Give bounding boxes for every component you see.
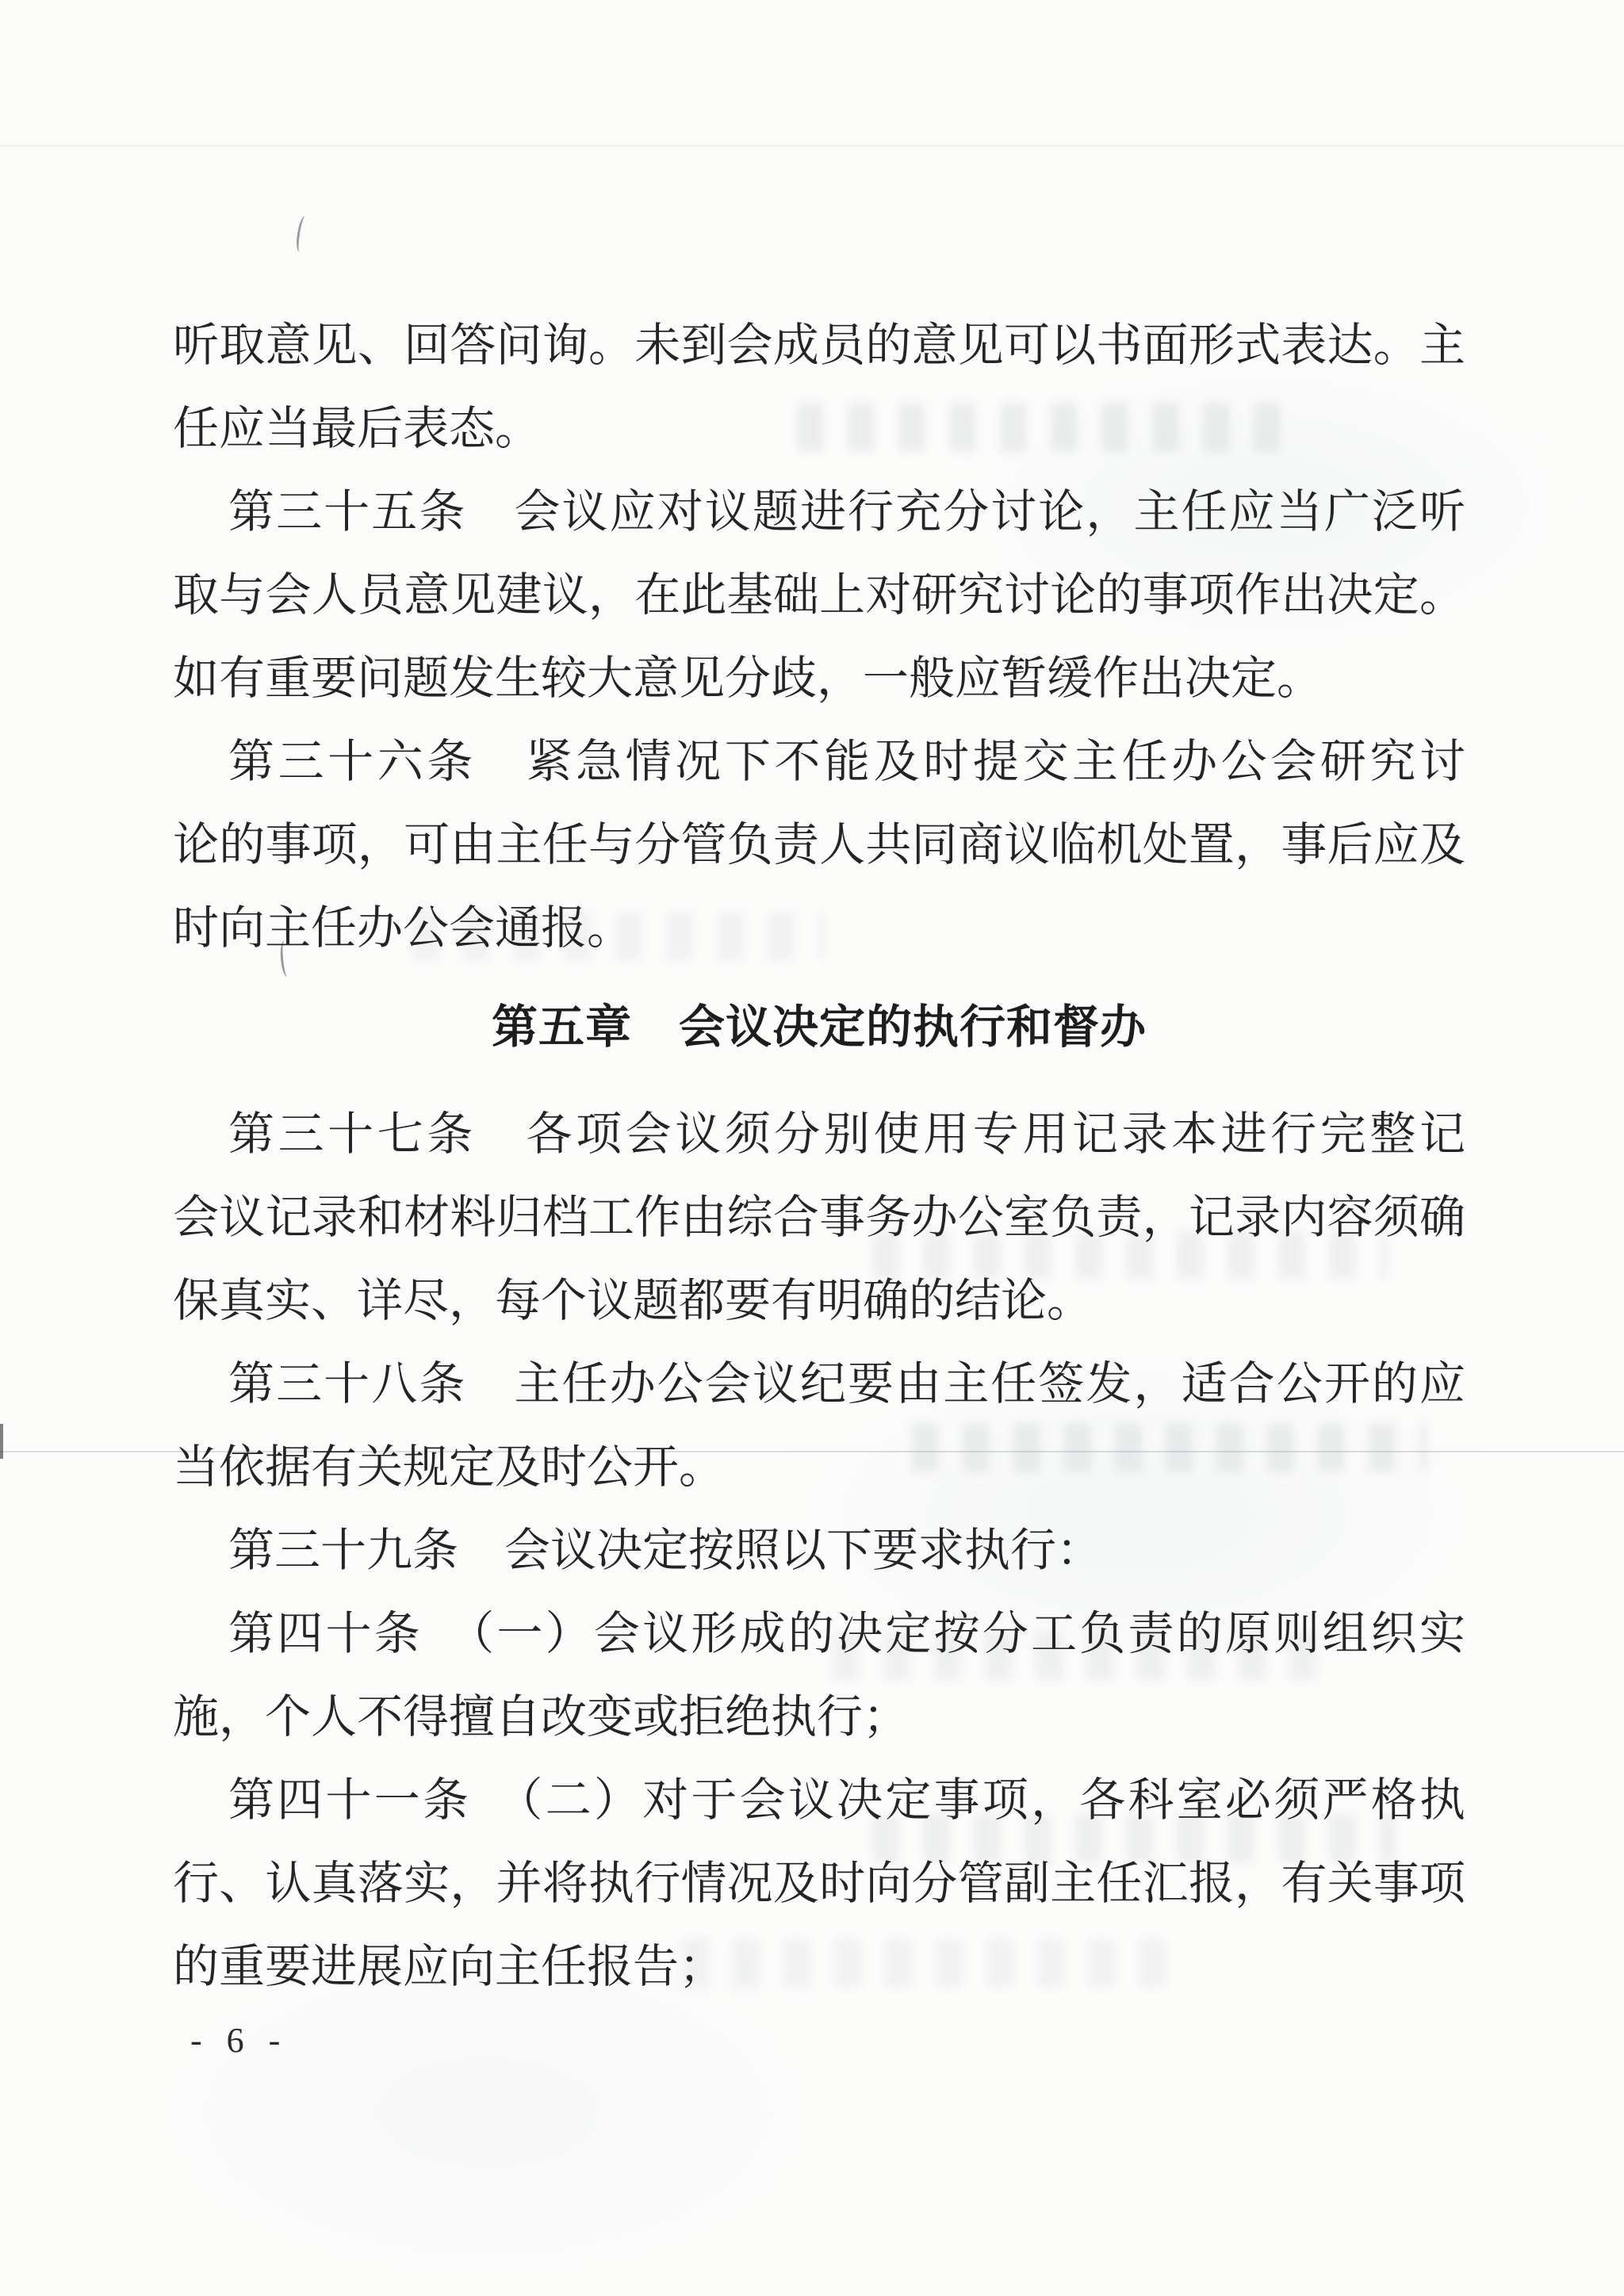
scan-line-artifact [0,145,1624,147]
body-line: 第三十五条 会议应对议题进行充分讨论，主任应当广泛听 [173,470,1465,553]
body-line: 的重要进展应向主任报告； [173,1925,1465,2008]
body-line: 如有重要问题发生较大意见分歧，一般应暂缓作出决定。 [173,637,1465,720]
body-line: 第三十七条 各项会议须分别使用专用记录本进行完整记录。 [173,1093,1465,1176]
body-line: 第三十八条 主任办公会议纪要由主任签发，适合公开的应 [173,1342,1465,1425]
document-body: 听取意见、回答问询。未到会成员的意见可以书面形式表达。主 任应当最后表态。 第三… [173,304,1465,2008]
body-line: 第三十九条 会议决定按照以下要求执行： [173,1509,1465,1592]
body-line: 保真实、详尽，每个议题都要有明确的结论。 [173,1259,1465,1342]
body-line: 第四十条 （一）会议形成的决定按分工负责的原则组织实 [173,1592,1465,1675]
page-edge-artifact [0,1424,3,1459]
chapter-heading: 第五章 会议决定的执行和督办 [173,985,1465,1069]
scanned-document-page: 听取意见、回答问询。未到会成员的意见可以书面形式表达。主 任应当最后表态。 第三… [0,0,1624,2296]
body-line: 任应当最后表态。 [173,387,1465,470]
body-line: 当依据有关规定及时公开。 [173,1425,1465,1509]
ink-speck [295,215,310,252]
body-line: 听取意见、回答问询。未到会成员的意见可以书面形式表达。主 [173,304,1465,387]
body-line: 论的事项，可由主任与分管负责人共同商议临机处置，事后应及 [173,803,1465,886]
body-line: 施，个人不得擅自改变或拒绝执行； [173,1675,1465,1758]
body-line: 行、认真落实，并将执行情况及时向分管副主任汇报，有关事项 [173,1842,1465,1925]
body-line: 第三十六条 紧急情况下不能及时提交主任办公会研究讨 [173,720,1465,803]
body-line: 时向主任办公会通报。 [173,886,1465,970]
body-line: 会议记录和材料归档工作由综合事务办公室负责，记录内容须确 [173,1176,1465,1259]
body-line: 第四十一条 （二）对于会议决定事项，各科室必须严格执 [173,1758,1465,1842]
body-line: 取与会人员意见建议，在此基础上对研究讨论的事项作出决定。 [173,553,1465,637]
page-number: - 6 - [190,2020,288,2061]
